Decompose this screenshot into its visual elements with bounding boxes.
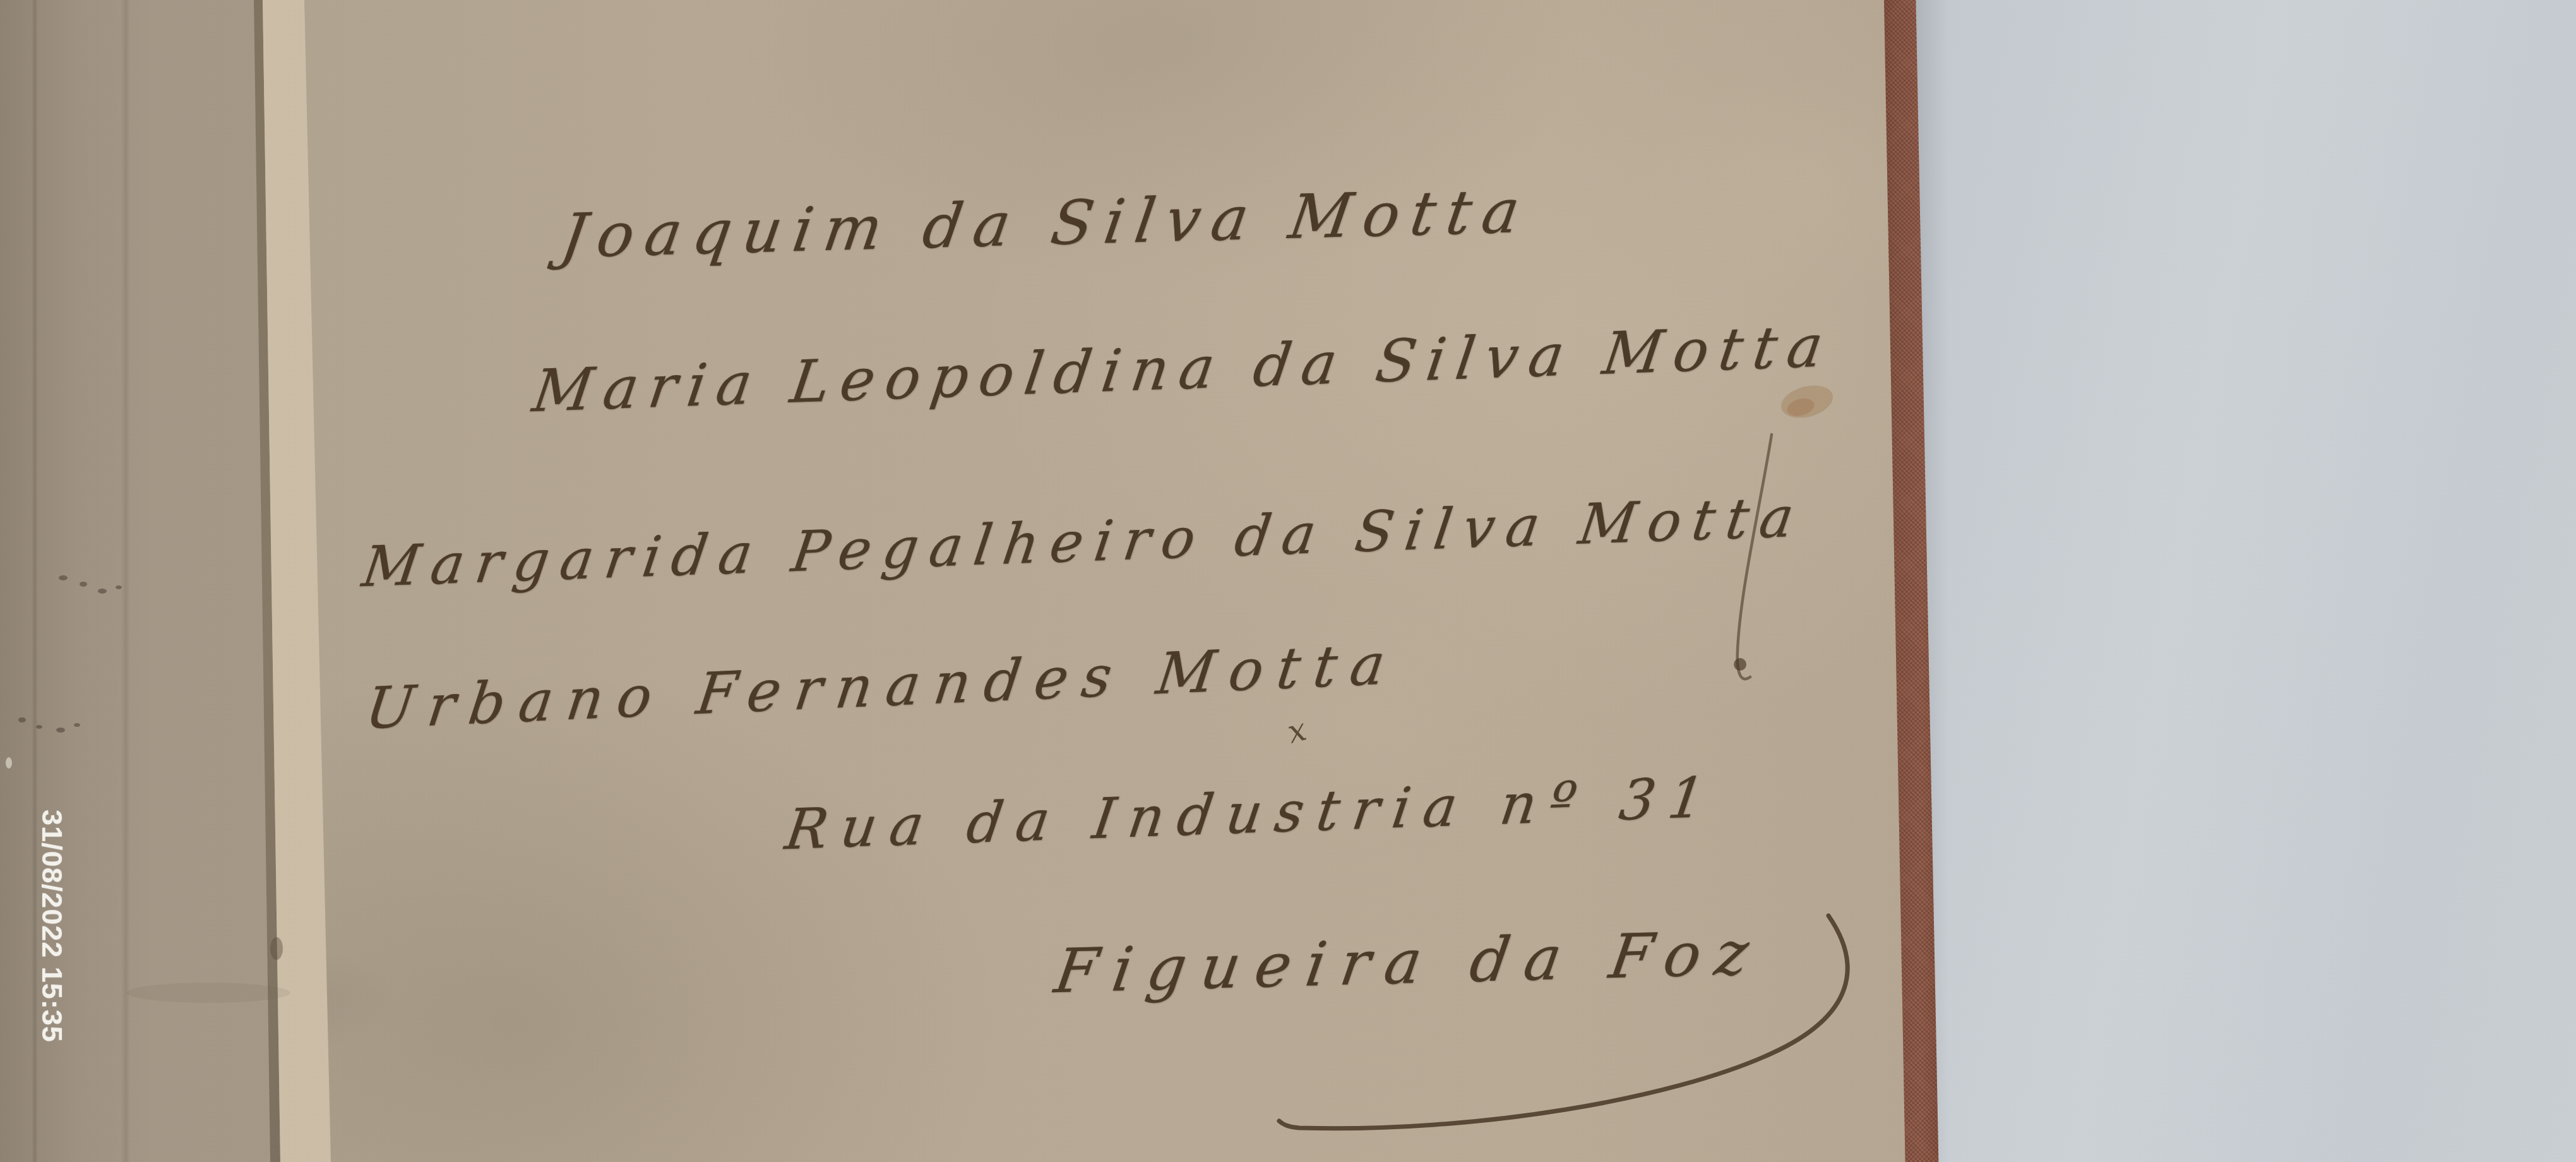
wall-background (1916, 0, 2576, 1162)
cover-streak (121, 0, 130, 1162)
camera-timestamp: 31/08/2022 15:35 (35, 810, 68, 1043)
photo-of-book-inscription: Joaquim da Silva Motta Maria Leopoldina … (0, 0, 2576, 1162)
